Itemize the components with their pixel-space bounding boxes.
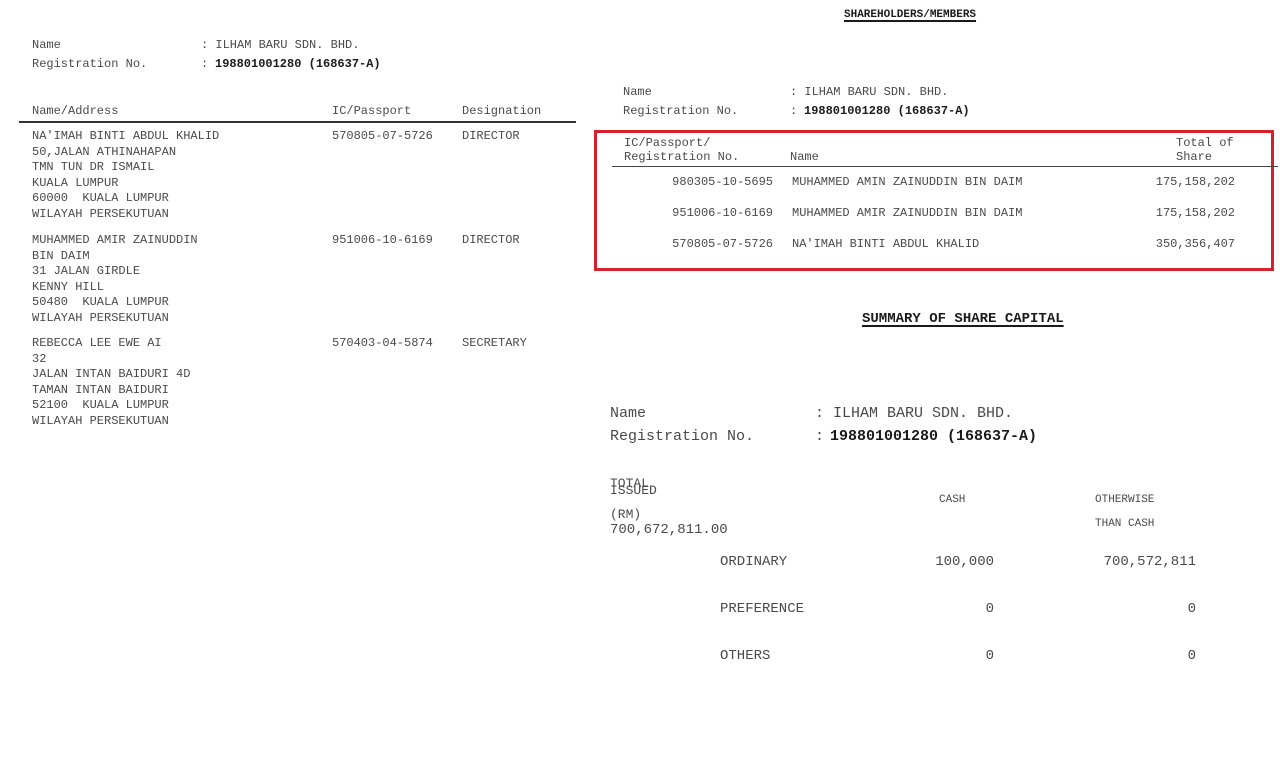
shareholder-ic: 570805-07-5726	[612, 237, 773, 253]
header-divider	[19, 121, 576, 123]
otherwise-value: 0	[1060, 601, 1196, 617]
ic-passport: 570805-07-5726	[332, 129, 433, 145]
address-line: 31 JALAN GIRDLE	[32, 264, 140, 280]
header-ic-passport: IC/Passport	[332, 104, 411, 120]
sh-header-total-line2: Share	[1176, 150, 1212, 166]
address-line: 52100 KUALA LUMPUR	[32, 398, 169, 414]
address-line: WILAYAH PERSEKUTUAN	[32, 207, 169, 223]
sc-registration-value: 198801001280 (168637-A)	[830, 428, 1037, 446]
sh-header-name: Name	[790, 150, 819, 166]
director-name: REBECCA LEE EWE AI	[32, 336, 162, 352]
address-line: KENNY HILL	[32, 280, 104, 296]
total-label-2: ISSUED	[610, 483, 657, 498]
sh-registration-colon: :	[790, 104, 804, 120]
share-type: OTHERS	[720, 648, 770, 664]
col-otherwise-header-2: THAN CASH	[1095, 517, 1154, 531]
sc-company-name-value: : ILHAM BARU SDN. BHD.	[815, 405, 1013, 423]
address-line: BIN DAIM	[32, 249, 90, 265]
sh-header-divider	[612, 166, 1278, 167]
company-name-value: : ILHAM BARU SDN. BHD.	[201, 38, 359, 54]
share-type: PREFERENCE	[720, 601, 804, 617]
total-issued-value: 700,672,811.00	[610, 522, 728, 538]
shareholder-ic: 951006-10-6169	[612, 206, 773, 222]
share-capital-title: SUMMARY OF SHARE CAPITAL	[862, 311, 1064, 328]
shareholder-total: 175,158,202	[1100, 175, 1235, 191]
shareholder-total: 350,356,407	[1100, 237, 1235, 253]
shareholder-name: MUHAMMED AMIR ZAINUDDIN BIN DAIM	[792, 206, 1022, 222]
sh-company-name-label: Name	[623, 85, 652, 101]
shareholder-name: NA'IMAH BINTI ABDUL KHALID	[792, 237, 979, 253]
director-name: MUHAMMED AMIR ZAINUDDIN	[32, 233, 198, 249]
sc-registration-label: Registration No.	[610, 428, 754, 446]
cash-value: 0	[880, 601, 994, 617]
header-designation: Designation	[462, 104, 541, 120]
cash-value: 100,000	[880, 554, 994, 570]
address-line: WILAYAH PERSEKUTUAN	[32, 311, 169, 327]
designation: SECRETARY	[462, 336, 527, 352]
ic-passport: 570403-04-5874	[332, 336, 433, 352]
cash-value: 0	[880, 648, 994, 664]
ic-passport: 951006-10-6169	[332, 233, 433, 249]
shareholder-ic: 980305-10-5695	[612, 175, 773, 191]
address-line: TMN TUN DR ISMAIL	[32, 160, 154, 176]
director-name: NA'IMAH BINTI ABDUL KHALID	[32, 129, 219, 145]
address-line: 60000 KUALA LUMPUR	[32, 191, 169, 207]
sh-registration-value: 198801001280 (168637-A)	[804, 104, 970, 120]
address-line: 50480 KUALA LUMPUR	[32, 295, 169, 311]
address-line: JALAN INTAN BAIDURI 4D	[32, 367, 190, 383]
address-line: TAMAN INTAN BAIDURI	[32, 383, 169, 399]
header-name-address: Name/Address	[32, 104, 118, 120]
sc-company-name-label: Name	[610, 405, 646, 423]
designation: DIRECTOR	[462, 129, 520, 145]
otherwise-value: 700,572,811	[1060, 554, 1196, 570]
sh-header-ic-line2: Registration No.	[624, 150, 739, 166]
address-line: WILAYAH PERSEKUTUAN	[32, 414, 169, 430]
otherwise-value: 0	[1060, 648, 1196, 664]
shareholders-title: SHAREHOLDERS/MEMBERS	[844, 8, 976, 24]
col-cash-header: CASH	[939, 493, 965, 507]
sh-registration-label: Registration No.	[623, 104, 738, 120]
address-line: 50,JALAN ATHINAHAPAN	[32, 145, 176, 161]
total-label-3: (RM)	[610, 507, 641, 522]
col-otherwise-header-1: OTHERWISE	[1095, 493, 1154, 507]
company-name-label: Name	[32, 38, 61, 54]
address-line: KUALA LUMPUR	[32, 176, 118, 192]
shareholder-name: MUHAMMED AMIN ZAINUDDIN BIN DAIM	[792, 175, 1022, 191]
shareholder-total: 175,158,202	[1100, 206, 1235, 222]
sh-company-name-value: : ILHAM BARU SDN. BHD.	[790, 85, 948, 101]
share-type: ORDINARY	[720, 554, 787, 570]
address-line: 32	[32, 352, 46, 368]
designation: DIRECTOR	[462, 233, 520, 249]
registration-value: 198801001280 (168637-A)	[215, 57, 381, 73]
registration-label: Registration No.	[32, 57, 147, 73]
registration-colon: :	[201, 57, 215, 73]
